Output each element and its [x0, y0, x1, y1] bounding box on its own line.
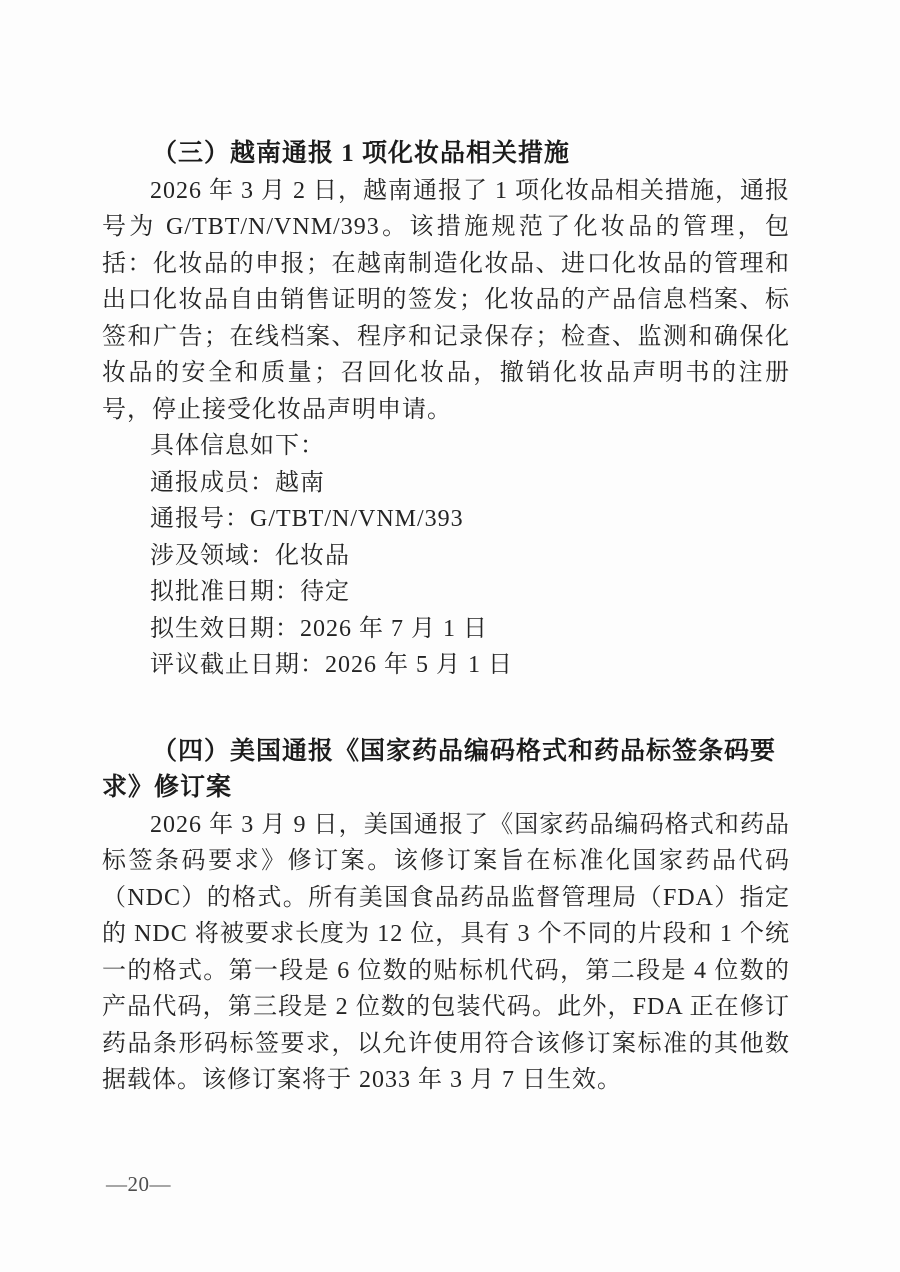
document-content: （三）越南通报 1 项化妆品相关措施 2026 年 3 月 2 日，越南通报了 … [102, 136, 790, 1099]
page-number: —20— [106, 1172, 171, 1196]
detail-line-effective: 拟生效日期：2026 年 7 月 1 日 [102, 611, 790, 648]
detail-line-notice-no: 通报号：G/TBT/N/VNM/393 [102, 501, 790, 538]
detail-line-field: 涉及领域：化妆品 [102, 538, 790, 575]
section-paragraph: 2026 年 3 月 2 日，越南通报了 1 项化妆品相关措施，通报号为 G/T… [102, 173, 790, 429]
detail-line-approval: 拟批准日期：待定 [102, 574, 790, 611]
section-vietnam-cosmetics: （三）越南通报 1 项化妆品相关措施 2026 年 3 月 2 日，越南通报了 … [102, 136, 790, 684]
section-paragraph: 2026 年 3 月 9 日，美国通报了《国家药品编码格式和药品标签条码要求》修… [102, 807, 790, 1099]
document-page: （三）越南通报 1 项化妆品相关措施 2026 年 3 月 2 日，越南通报了 … [0, 0, 900, 1272]
page-footer: —20— [106, 1172, 171, 1197]
section-heading-us: （四）美国通报《国家药品编码格式和药品标签条码要求》修订案 [102, 734, 790, 807]
section-us-ndc: （四）美国通报《国家药品编码格式和药品标签条码要求》修订案 2026 年 3 月… [102, 734, 790, 1099]
detail-line-member: 通报成员：越南 [102, 465, 790, 502]
section-heading-vietnam: （三）越南通报 1 项化妆品相关措施 [102, 136, 790, 173]
detail-line-comment-due: 评议截止日期：2026 年 5 月 1 日 [102, 647, 790, 684]
detail-line-intro: 具体信息如下： [102, 428, 790, 465]
